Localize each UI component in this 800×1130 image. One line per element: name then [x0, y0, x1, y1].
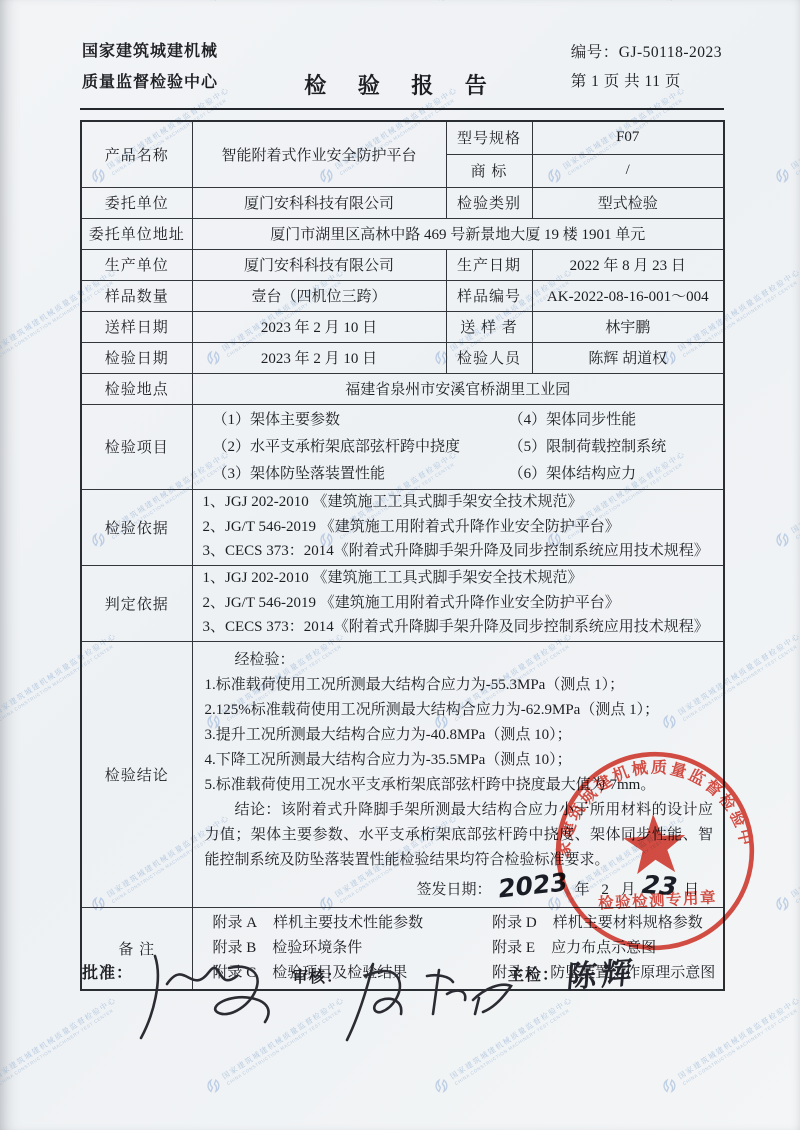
appendix-row: 附录 D样机主要材料规格参数: [492, 912, 721, 935]
testers-label: 检验人员: [446, 342, 532, 373]
conclusion-item: 3.提升工况所测最大结构合应力为-40.8MPa（测点 10）；: [205, 723, 714, 748]
test-items-grid: （1）架体主要参数 （4）架体同步性能 （2）水平支承桁架底部弦杆跨中挠度 （5…: [193, 406, 724, 488]
watermark: 国家建筑城建机械质量监督检验中心 CHINA CONSTRUCTION MACH…: [0, 811, 6, 915]
trademark-value: /: [532, 154, 724, 187]
approve-signature-group: 批准：: [82, 946, 303, 1046]
location-label: 检验地点: [81, 373, 192, 404]
test-center-logo-icon: [771, 892, 795, 916]
judge-basis-cell: 1、JGJ 202-2010 《建筑施工工具式脚手架安全技术规范》 2、JG/T…: [192, 565, 724, 641]
test-center-logo-icon: [202, 0, 226, 6]
watermark-en: CHINA CONSTRUCTION MACHINERY TEST CENTER: [0, 821, 6, 904]
watermark: 国家建筑城建机械质量监督检验中心 CHINA CONSTRUCTION MACH…: [658, 0, 800, 6]
chief-signature-group: 主检： 陈辉: [508, 948, 637, 994]
test-type-label: 检验类别: [446, 187, 532, 218]
appendix-code: 附录 A: [213, 912, 258, 935]
year-unit: 年: [575, 882, 590, 898]
send-date-label: 送样日期: [81, 311, 192, 342]
review-label: 审核：: [292, 950, 343, 987]
watermark-cn: 国家建筑城建机械质量监督检验中心: [0, 84, 3, 172]
watermark-text: 国家建筑城建机械质量监督检验中心 CHINA CONSTRUCTION MACH…: [0, 448, 6, 540]
watermark: 国家建筑城建机械质量监督检验中心 CHINA CONSTRUCTION MACH…: [0, 447, 6, 551]
judge-line: 3、CECS 373：2014《附着式升降脚手架升降及同步控制系统应用技术规程》: [203, 615, 724, 640]
org-line2: 质量监督检验中心: [82, 67, 218, 98]
test-basis-label: 检验依据: [81, 489, 192, 565]
test-item: （5）限制荷载控制系统: [509, 435, 723, 459]
watermark-en: CHINA CONSTRUCTION MACHINERY TEST CENTER: [795, 93, 800, 176]
manufacturer-label: 生产单位: [81, 249, 192, 280]
report-title: 检 验 报 告: [304, 69, 500, 100]
test-center-logo-icon: [202, 1074, 226, 1098]
conclusion-item: 1.标准载荷使用工况所测最大结构合应力为-55.3MPa（测点 1）；: [205, 673, 714, 698]
watermark-en: CHINA CONSTRUCTION MACHINERY TEST CENTER: [795, 821, 800, 904]
watermark-cn: 国家建筑城建机械质量监督检验中心: [789, 448, 800, 536]
client-address-label: 委托单位地址: [81, 218, 192, 249]
report-number: 编号：GJ-50118-2023: [571, 38, 722, 67]
handwritten-day: 23: [638, 872, 681, 899]
send-date-value: 2023 年 2 月 10 日: [192, 311, 446, 342]
report-page: 国家建筑城建机械质量监督检验中心 CHINA CONSTRUCTION MACH…: [0, 0, 800, 1130]
watermark-text: 国家建筑城建机械质量监督检验中心 CHINA CONSTRUCTION MACH…: [0, 812, 6, 904]
conclusion-content: 经检验： 1.标准载荷使用工况所测最大结构合应力为-55.3MPa（测点 1）；…: [193, 642, 724, 907]
watermark: 国家建筑城建机械质量监督检验中心 CHINA CONSTRUCTION MACH…: [771, 83, 800, 187]
chief-label: 主检：: [508, 948, 559, 985]
watermark-cn: 国家建筑城建机械质量监督检验中心: [0, 448, 3, 536]
page-indicator: 第 1 页 共 11 页: [571, 67, 722, 96]
test-date-label: 检验日期: [81, 342, 192, 373]
approve-label: 批准：: [82, 946, 133, 983]
month-unit: 月: [621, 882, 636, 898]
location-value: 福建省泉州市安溪官桥湖里工业园: [192, 373, 724, 404]
basis-line: 2、JG/T 546-2019 《建筑施工用附着式升降作业安全防护平台》: [203, 515, 724, 540]
appendix-title: 样机主要材料规格参数: [553, 912, 703, 935]
watermark: 国家建筑城建机械质量监督检验中心 CHINA CONSTRUCTION MACH…: [202, 0, 350, 6]
test-center-logo-icon: [771, 164, 795, 188]
watermark: 国家建筑城建机械质量监督检验中心 CHINA CONSTRUCTION MACH…: [0, 83, 6, 187]
watermark: 国家建筑城建机械质量监督检验中心 CHINA CONSTRUCTION MACH…: [771, 447, 800, 551]
watermark-cn: 国家建筑城建机械质量监督检验中心: [789, 812, 800, 900]
appendix-row: 附录 A样机主要技术性能参数: [213, 912, 493, 935]
model-label: 型号规格: [446, 121, 532, 154]
testers-value: 陈辉 胡道权: [532, 342, 724, 373]
test-item: （1）架体主要参数: [213, 408, 509, 432]
report-header: 国家建筑城建机械 质量监督检验中心 检 验 报 告 编号：GJ-50118-20…: [80, 34, 724, 110]
chief-signature: 陈辉: [565, 947, 639, 996]
sample-no-value: AK-2022-08-16-001～004: [532, 280, 724, 311]
client-label: 委托单位: [81, 187, 192, 218]
conclusion-item: 4.下降工况所测最大结构合应力为-35.5MPa（测点 10）；: [205, 748, 714, 773]
test-basis-lines: 1、JGJ 202-2010 《建筑施工工具式脚手架安全技术规范》 2、JG/T…: [193, 490, 724, 564]
review-signature-group: 审核：: [292, 950, 523, 1050]
sender-label: 送 样 者: [446, 311, 532, 342]
org-name: 国家建筑城建机械 质量监督检验中心: [82, 36, 218, 98]
watermark-en: CHINA CONSTRUCTION MACHINERY TEST CENTER: [795, 457, 800, 540]
report-table: 产品名称 智能附着式作业安全防护平台 型号规格 F07 商 标 / 委托单位 厦…: [80, 120, 725, 991]
test-items-cell: （1）架体主要参数 （4）架体同步性能 （2）水平支承桁架底部弦杆跨中挠度 （5…: [192, 404, 724, 489]
test-item: （6）架体结构应力: [509, 462, 723, 486]
quantity-label: 样品数量: [81, 280, 192, 311]
conclusion-cell: 经检验： 1.标准载荷使用工况所测最大结构合应力为-55.3MPa（测点 1）；…: [192, 641, 724, 907]
mfg-date-value: 2022 年 8 月 23 日: [532, 249, 724, 280]
test-basis-cell: 1、JGJ 202-2010 《建筑施工工具式脚手架安全技术规范》 2、JG/T…: [192, 489, 724, 565]
model-value: F07: [532, 121, 724, 154]
watermark-cn: 国家建筑城建机械质量监督检验中心: [0, 812, 3, 900]
signature-footer: 批准： 审核： 主检： 陈辉: [80, 946, 740, 1066]
org-line1: 国家建筑城建机械: [82, 36, 218, 67]
watermark-text: 国家建筑城建机械质量监督检验中心 CHINA CONSTRUCTION MACH…: [789, 448, 800, 540]
test-center-logo-icon: [658, 0, 682, 6]
watermark: 国家建筑城建机械质量监督检验中心 CHINA CONSTRUCTION MACH…: [0, 0, 121, 6]
approve-signature-icon: [133, 946, 303, 1046]
trademark-label: 商 标: [446, 154, 532, 187]
test-item: （2）水平支承桁架底部弦杆跨中挠度: [213, 435, 509, 459]
sign-date-label: 签发日期：: [417, 882, 492, 898]
test-center-logo-icon: [658, 1074, 682, 1098]
watermark-text: 国家建筑城建机械质量监督检验中心 CHINA CONSTRUCTION MACH…: [789, 84, 800, 176]
judge-line: 1、JGJ 202-2010 《建筑施工工具式脚手架安全技术规范》: [203, 566, 724, 591]
client-address-value: 厦门市湖里区高林中路 469 号新景地大厦 19 楼 1901 单元: [192, 218, 724, 249]
quantity-value: 壹台（四机位三跨）: [192, 280, 446, 311]
handwritten-year: 2023: [498, 869, 569, 902]
month-value: 2: [601, 882, 609, 898]
product-name-value: 智能附着式作业安全防护平台: [192, 121, 446, 187]
watermark-en: CHINA CONSTRUCTION MACHINERY TEST CENTER: [0, 457, 6, 540]
appendix-code: 附录 D: [492, 912, 537, 935]
test-item: （4）架体同步性能: [509, 408, 723, 432]
conclusion-summary: 结论：该附着式升降脚手架所测最大结构合应力小于所用材料的设计应力值；架体主要参数…: [205, 798, 714, 873]
product-name-label: 产品名称: [81, 121, 192, 187]
conclusion-intro: 经检验：: [205, 648, 714, 673]
conclusion-item: 5.标准载荷使用工况水平支承桁架底部弦杆跨中挠度最大值为 7mm。: [205, 773, 714, 798]
watermark-en: CHINA CONSTRUCTION MACHINERY TEST CENTER: [0, 93, 6, 176]
test-items-label: 检验项目: [81, 404, 192, 489]
day-unit: 日: [684, 882, 699, 898]
mfg-date-label: 生产日期: [446, 249, 532, 280]
review-signature-icon: [343, 950, 523, 1050]
test-center-logo-icon: [430, 1074, 454, 1098]
report-meta: 编号：GJ-50118-2023 第 1 页 共 11 页: [571, 38, 722, 96]
sample-no-label: 样品编号: [446, 280, 532, 311]
watermark: 国家建筑城建机械质量监督检验中心 CHINA CONSTRUCTION MACH…: [771, 811, 800, 915]
judge-basis-lines: 1、JGJ 202-2010 《建筑施工工具式脚手架安全技术规范》 2、JG/T…: [193, 566, 724, 640]
client-value: 厦门安科科技有限公司: [192, 187, 446, 218]
watermark-text: 国家建筑城建机械质量监督检验中心 CHINA CONSTRUCTION MACH…: [0, 84, 6, 176]
judge-basis-label: 判定依据: [81, 565, 192, 641]
test-center-logo-icon: [430, 0, 454, 6]
appendix-title: 样机主要技术性能参数: [273, 912, 423, 935]
watermark-cn: 国家建筑城建机械质量监督检验中心: [789, 84, 800, 172]
conclusion-item: 2.125%标准载荷使用工况所测最大结构合应力为-62.9MPa（测点 1）；: [205, 698, 714, 723]
judge-line: 2、JG/T 546-2019 《建筑施工用附着式升降作业安全防护平台》: [203, 591, 724, 616]
watermark-text: 国家建筑城建机械质量监督检验中心 CHINA CONSTRUCTION MACH…: [789, 812, 800, 904]
basis-line: 3、CECS 373：2014《附着式升降脚手架升降及同步控制系统应用技术规程》: [203, 539, 724, 564]
sign-date-line: 签发日期： 2023 年 2 月 23 日: [205, 873, 714, 903]
conclusion-label: 检验结论: [81, 641, 192, 907]
basis-line: 1、JGJ 202-2010 《建筑施工工具式脚手架安全技术规范》: [203, 490, 724, 515]
test-date-value: 2023 年 2 月 10 日: [192, 342, 446, 373]
manufacturer-value: 厦门安科科技有限公司: [192, 249, 446, 280]
test-item: （3）架体防坠落装置性能: [213, 462, 509, 486]
watermark: 国家建筑城建机械质量监督检验中心 CHINA CONSTRUCTION MACH…: [430, 0, 578, 6]
test-type-value: 型式检验: [532, 187, 724, 218]
test-center-logo-icon: [771, 528, 795, 552]
sender-value: 林宇鹏: [532, 311, 724, 342]
